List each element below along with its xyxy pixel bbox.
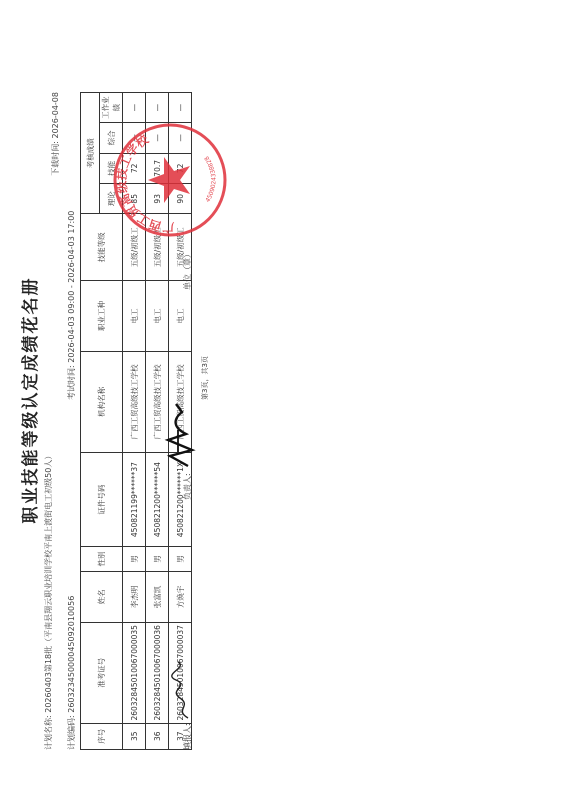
cell-name: 方焕宇 bbox=[169, 571, 192, 622]
cell-occupation: 电工 bbox=[146, 281, 169, 352]
plan-name-label: 计划名称: bbox=[44, 715, 53, 750]
cell-performance: — bbox=[169, 93, 192, 123]
stamp-code: 4509024338828 bbox=[203, 154, 217, 203]
exam-time-value: 2026-04-03 09:00 - 2026-04-03 17:00 bbox=[67, 211, 76, 363]
header-id-no: 证件号码 bbox=[81, 452, 123, 546]
filler-label: 填报人: bbox=[182, 723, 193, 750]
cell-name: 李杰明 bbox=[123, 571, 146, 622]
responsible-label: 负责人: bbox=[182, 473, 193, 500]
header-org: 机构名称 bbox=[81, 351, 123, 452]
svg-text:4509024338828: 4509024338828 bbox=[203, 154, 217, 203]
cell-performance: — bbox=[146, 93, 169, 123]
plan-name: 计划名称: 20260403第18批（平南县翔云职业培训学校平南上渡街电工初级5… bbox=[44, 310, 54, 750]
cell-gender: 男 bbox=[123, 547, 146, 571]
cell-index: 35 bbox=[123, 723, 146, 749]
exam-time-label: 考试时间: bbox=[67, 365, 76, 400]
cell-gender: 男 bbox=[146, 547, 169, 571]
responsible-signature bbox=[164, 400, 198, 470]
star-icon bbox=[148, 157, 190, 203]
header-index: 序号 bbox=[81, 723, 123, 749]
cell-gender: 男 bbox=[169, 547, 192, 571]
header-name: 姓名 bbox=[81, 571, 123, 622]
cell-name: 张富凯 bbox=[146, 571, 169, 622]
roster-page: 职业技能等级认定成绩花名册 计划名称: 20260403第18批（平南县翔云职业… bbox=[0, 0, 566, 800]
header-performance: 工作业绩 bbox=[100, 93, 123, 123]
header-ticket-no: 准考证号 bbox=[81, 623, 123, 723]
cell-index: 36 bbox=[146, 723, 169, 749]
page-info: 第3页，共3页 bbox=[200, 356, 210, 400]
unit-seal-label: 单位（章） bbox=[182, 250, 193, 290]
official-seal-stamp: 广西工贸高级技工学校 4509024338828 bbox=[110, 120, 230, 240]
download-time: 下载时间: 2026-04-08 bbox=[50, 92, 61, 176]
exam-time: 考试时间: 2026-04-03 09:00 - 2026-04-03 17:0… bbox=[66, 211, 77, 400]
cell-ticket-no: 26032845010067000035 bbox=[123, 623, 146, 723]
plan-code: 计划编码: 26032345000045092010056 bbox=[66, 596, 77, 750]
cell-performance: — bbox=[123, 93, 146, 123]
header-scores-group: 考核成绩 bbox=[81, 93, 100, 214]
plan-name-value: 20260403第18批（平南县翔云职业培训学校平南上渡街电工初级50人） bbox=[44, 452, 53, 713]
plan-code-value: 26032345000045092010056 bbox=[67, 596, 76, 713]
cell-org: 广西工贸高级技工学校 bbox=[123, 351, 146, 452]
header-gender: 性别 bbox=[81, 547, 123, 571]
download-time-label: 下载时间: bbox=[51, 141, 60, 176]
cell-occupation: 电工 bbox=[169, 281, 192, 352]
header-occupation: 职业工种 bbox=[81, 281, 123, 352]
plan-code-label: 计划编码: bbox=[67, 715, 76, 750]
document-title: 职业技能等级认定成绩花名册 bbox=[16, 0, 41, 800]
cell-id-no: 450821199******37 bbox=[123, 452, 146, 546]
cell-ticket-no: 26032845010067000036 bbox=[146, 623, 169, 723]
filler-signature bbox=[170, 660, 196, 720]
cell-occupation: 电工 bbox=[123, 281, 146, 352]
download-time-value: 2026-04-08 bbox=[51, 92, 60, 139]
